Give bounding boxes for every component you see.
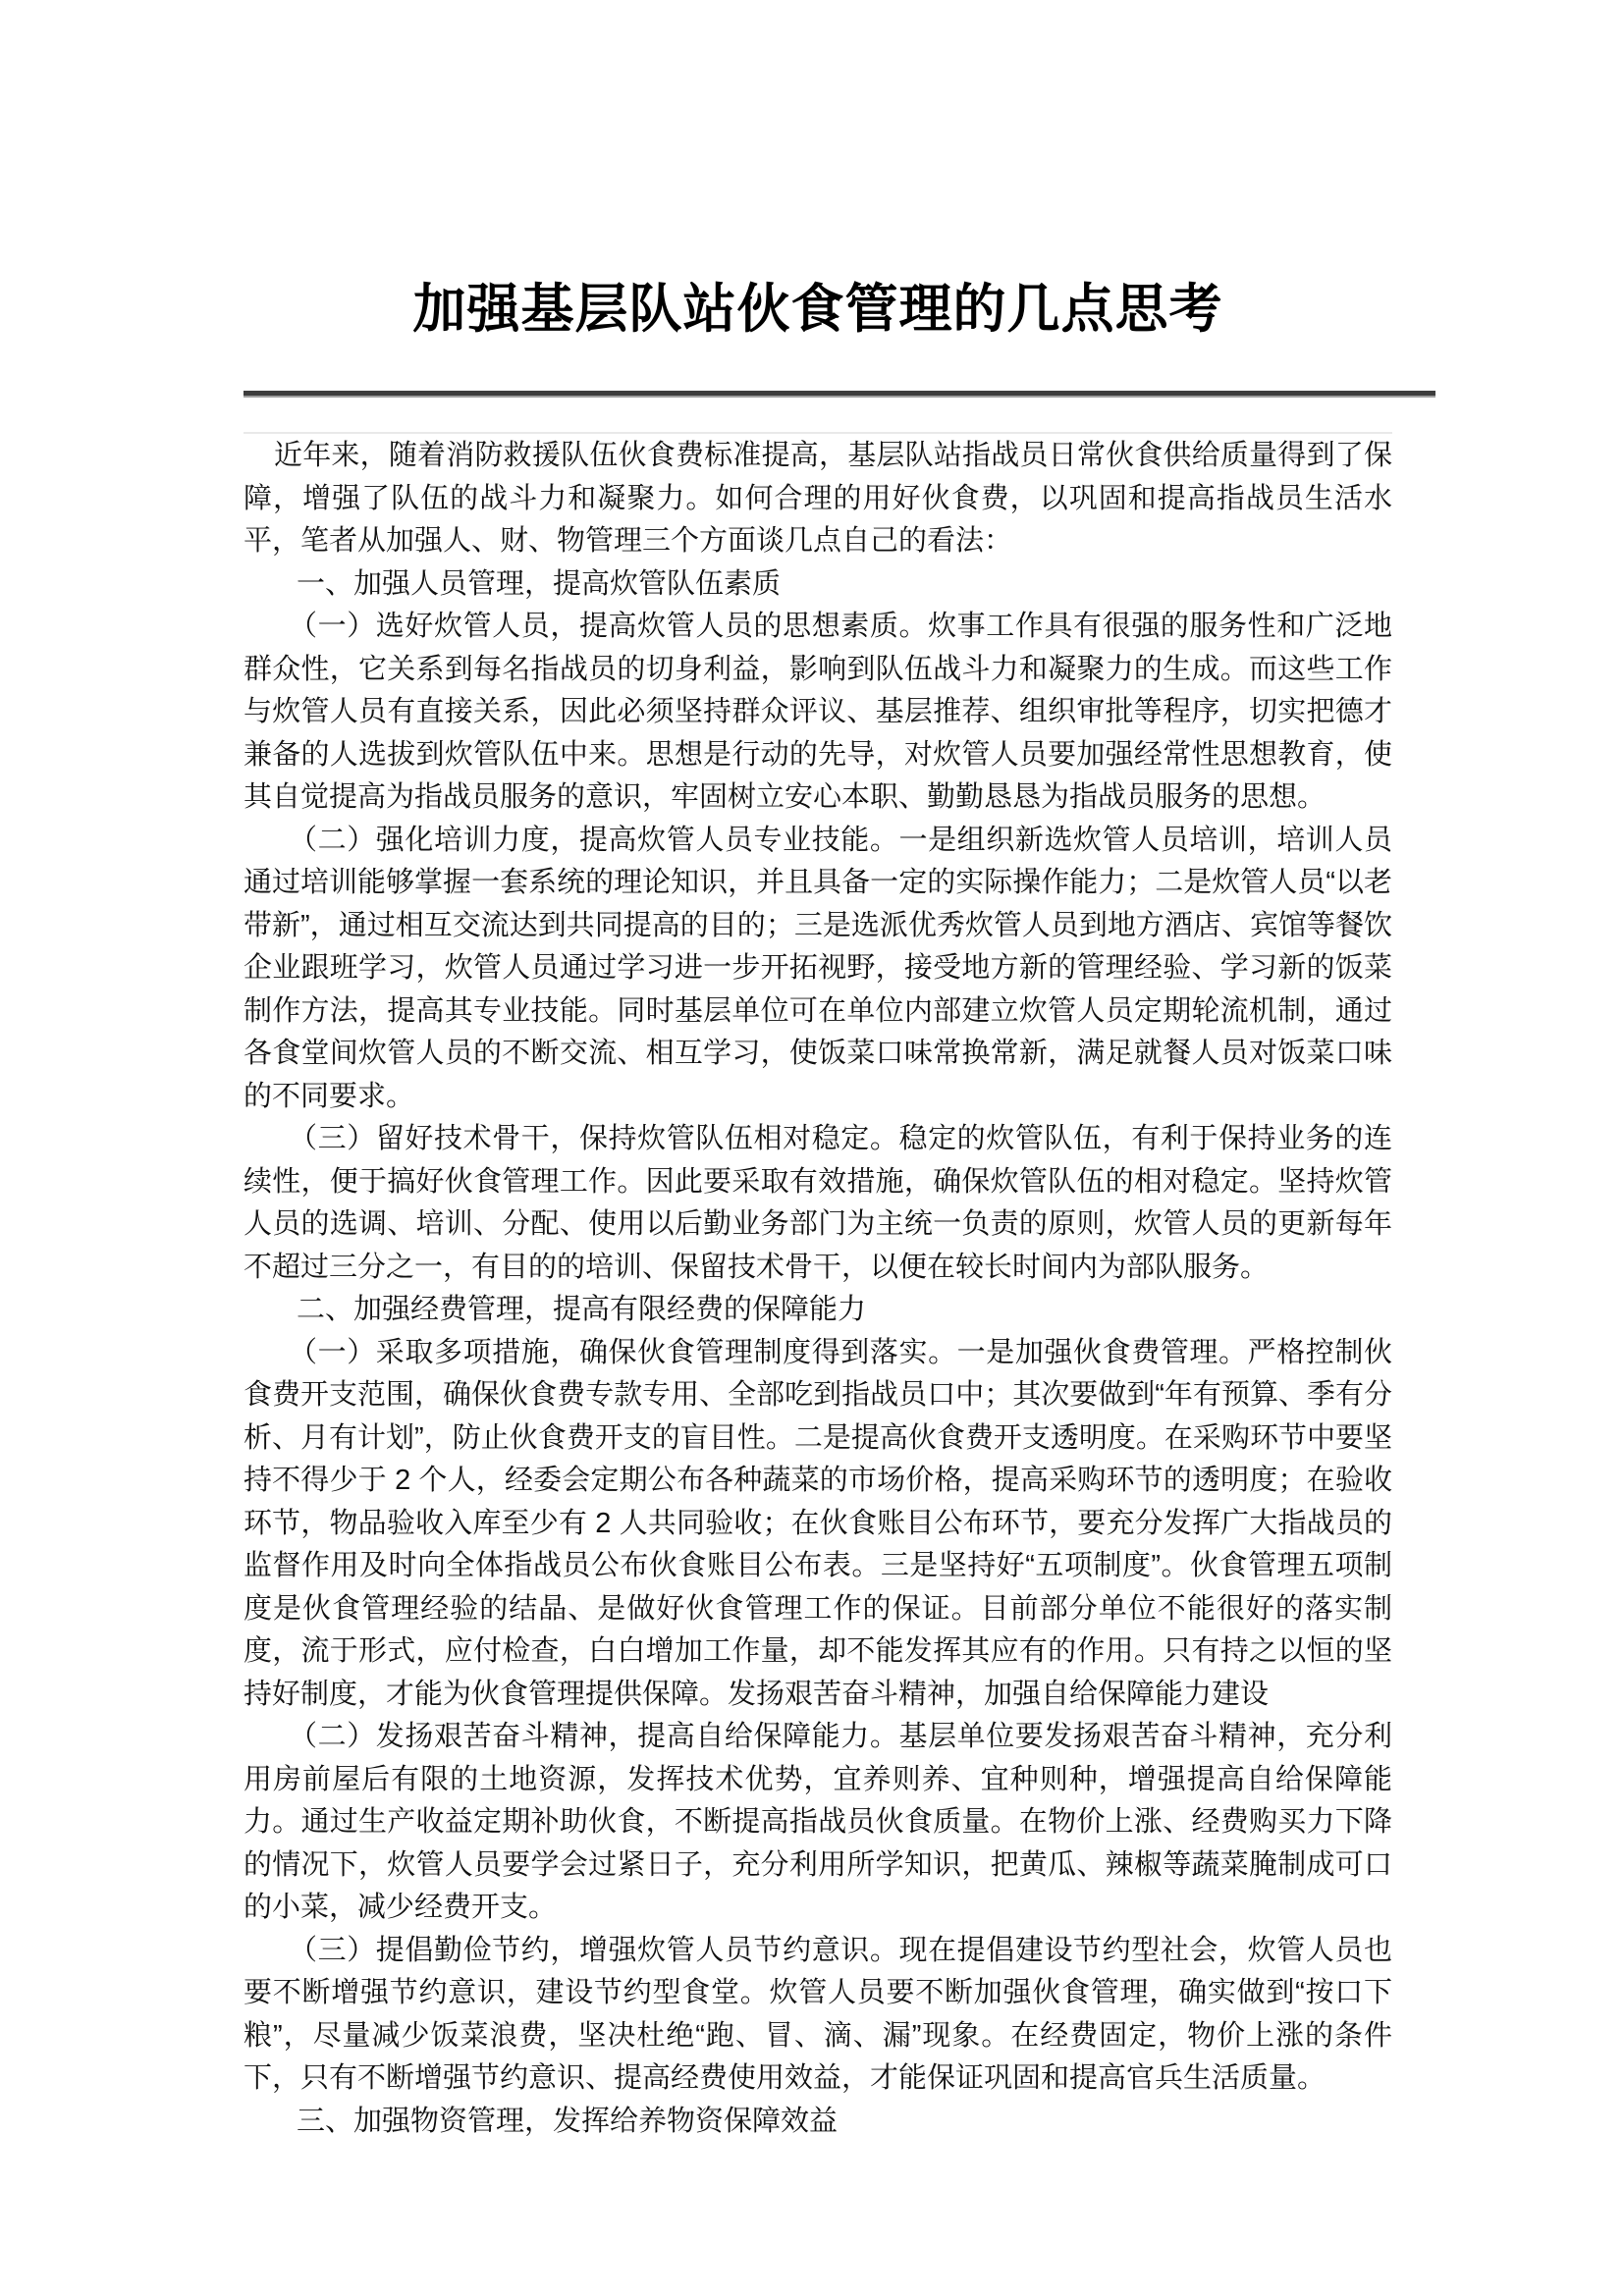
paragraph-1-3: （三）留好技术骨干，保持炊管队伍相对稳定。稳定的炊管队伍，有利于保持业务的连续性… xyxy=(244,1118,1392,1289)
document-body: 近年来，随着消防救援队伍伙食费标准提高，基层队站指战员日常伙食供给质量得到了保障… xyxy=(244,432,1392,2143)
section-heading-2: 二、加强经费管理，提高有限经费的保障能力 xyxy=(244,1289,1392,1332)
title-divider-rule xyxy=(244,391,1435,398)
document-title: 加强基层队站伙食管理的几点思考 xyxy=(244,277,1392,342)
opening-paragraph: 近年来，随着消防救援队伍伙食费标准提高，基层队站指战员日常伙食供给质量得到了保障… xyxy=(244,435,1392,563)
paragraph-1-2: （二）强化培训力度，提高炊管人员专业技能。一是组织新选炊管人员培训，培训人员通过… xyxy=(244,820,1392,1119)
paragraph-2-3: （三）提倡勤俭节约，增强炊管人员节约意识。现在提倡建设节约型社会，炊管人员也要不… xyxy=(244,1930,1392,2101)
paragraph-2-1: （一）采取多项措施，确保伙食管理制度得到落实。一是加强伙食费管理。严格控制伙食费… xyxy=(244,1332,1392,1717)
paragraph-2-2: （二）发扬艰苦奋斗精神，提高自给保障能力。基层单位要发扬艰苦奋斗精神，充分利用房… xyxy=(244,1716,1392,1930)
section-heading-1: 一、加强人员管理，提高炊管队伍素质 xyxy=(244,563,1392,607)
paragraph-1-1: （一）选好炊管人员，提高炊管人员的思想素质。炊事工作具有很强的服务性和广泛地群众… xyxy=(244,606,1392,820)
document-page: 加强基层队站伙食管理的几点思考 近年来，随着消防救援队伍伙食费标准提高，基层队站… xyxy=(0,0,1624,2296)
section-heading-3: 三、加强物资管理，发挥给养物资保障效益 xyxy=(244,2101,1392,2144)
document-content: 加强基层队站伙食管理的几点思考 近年来，随着消防救援队伍伙食费标准提高，基层队站… xyxy=(244,0,1392,2143)
